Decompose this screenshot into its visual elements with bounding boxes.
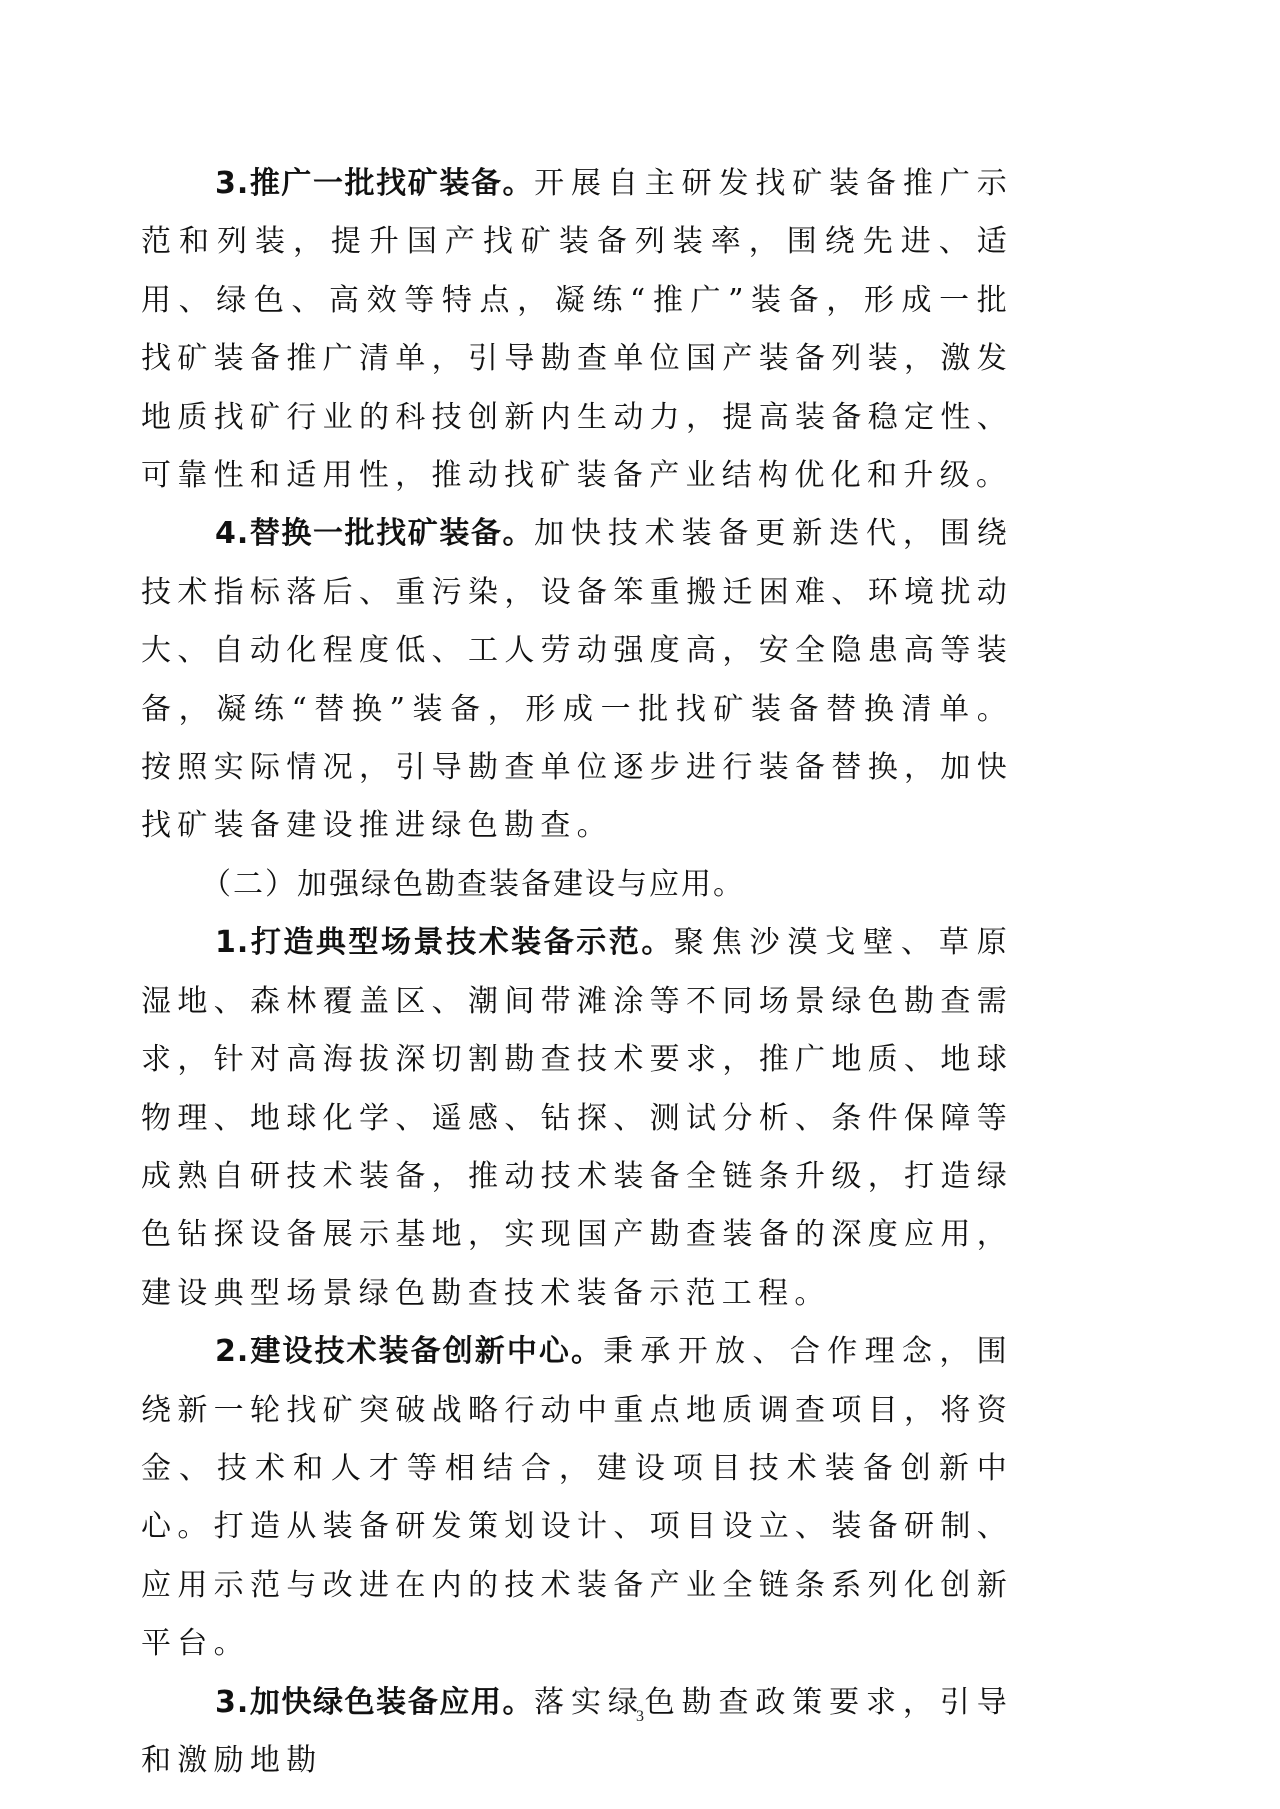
page-number: 3 [0, 1708, 1280, 1726]
section-heading: （二）加强绿色勘查装备建设与应用。 [141, 856, 1013, 914]
document-page: 3.推广一批找矿装备。开展自主研发找矿装备推广示范和列装，提升国产找矿装备列装率… [0, 0, 1280, 1809]
paragraph-promote-equipment: 3.推广一批找矿装备。开展自主研发找矿装备推广示范和列装，提升国产找矿装备列装率… [141, 155, 1013, 505]
paragraph-text: 秉承开放、合作理念，围绕新一轮找矿突破战略行动中重点地质调查项目，将资金、技术和… [141, 1334, 1013, 1661]
paragraph-text: 聚焦沙漠戈壁、草原湿地、森林覆盖区、潮间带滩涂等不同场景绿色勘查需求，针对高海拔… [141, 925, 1013, 1310]
paragraph-lead: 4.替换一批找矿装备。 [215, 516, 534, 551]
paragraph-text: 开展自主研发找矿装备推广示范和列装，提升国产找矿装备列装率，围绕先进、适用、绿色… [141, 166, 1013, 493]
paragraph-green-application: 3.加快绿色装备应用。落实绿色勘查政策要求，引导和激励地勘 [141, 1674, 1013, 1791]
paragraph-lead: 2.建设技术装备创新中心。 [215, 1334, 603, 1369]
paragraph-replace-equipment: 4.替换一批找矿装备。加快技术装备更新迭代，围绕技术指标落后、重污染，设备笨重搬… [141, 505, 1013, 855]
paragraph-text: 加快技术装备更新迭代，围绕技术指标落后、重污染，设备笨重搬迁困难、环境扰动大、自… [141, 516, 1013, 843]
paragraph-lead: 1.打造典型场景技术装备示范。 [215, 925, 674, 960]
document-body: 3.推广一批找矿装备。开展自主研发找矿装备推广示范和列装，提升国产找矿装备列装率… [141, 155, 1013, 1790]
paragraph-lead: 3.推广一批找矿装备。 [215, 166, 534, 201]
paragraph-scenario-demo: 1.打造典型场景技术装备示范。聚焦沙漠戈壁、草原湿地、森林覆盖区、潮间带滩涂等不… [141, 914, 1013, 1323]
paragraph-innovation-center: 2.建设技术装备创新中心。秉承开放、合作理念，围绕新一轮找矿突破战略行动中重点地… [141, 1323, 1013, 1673]
